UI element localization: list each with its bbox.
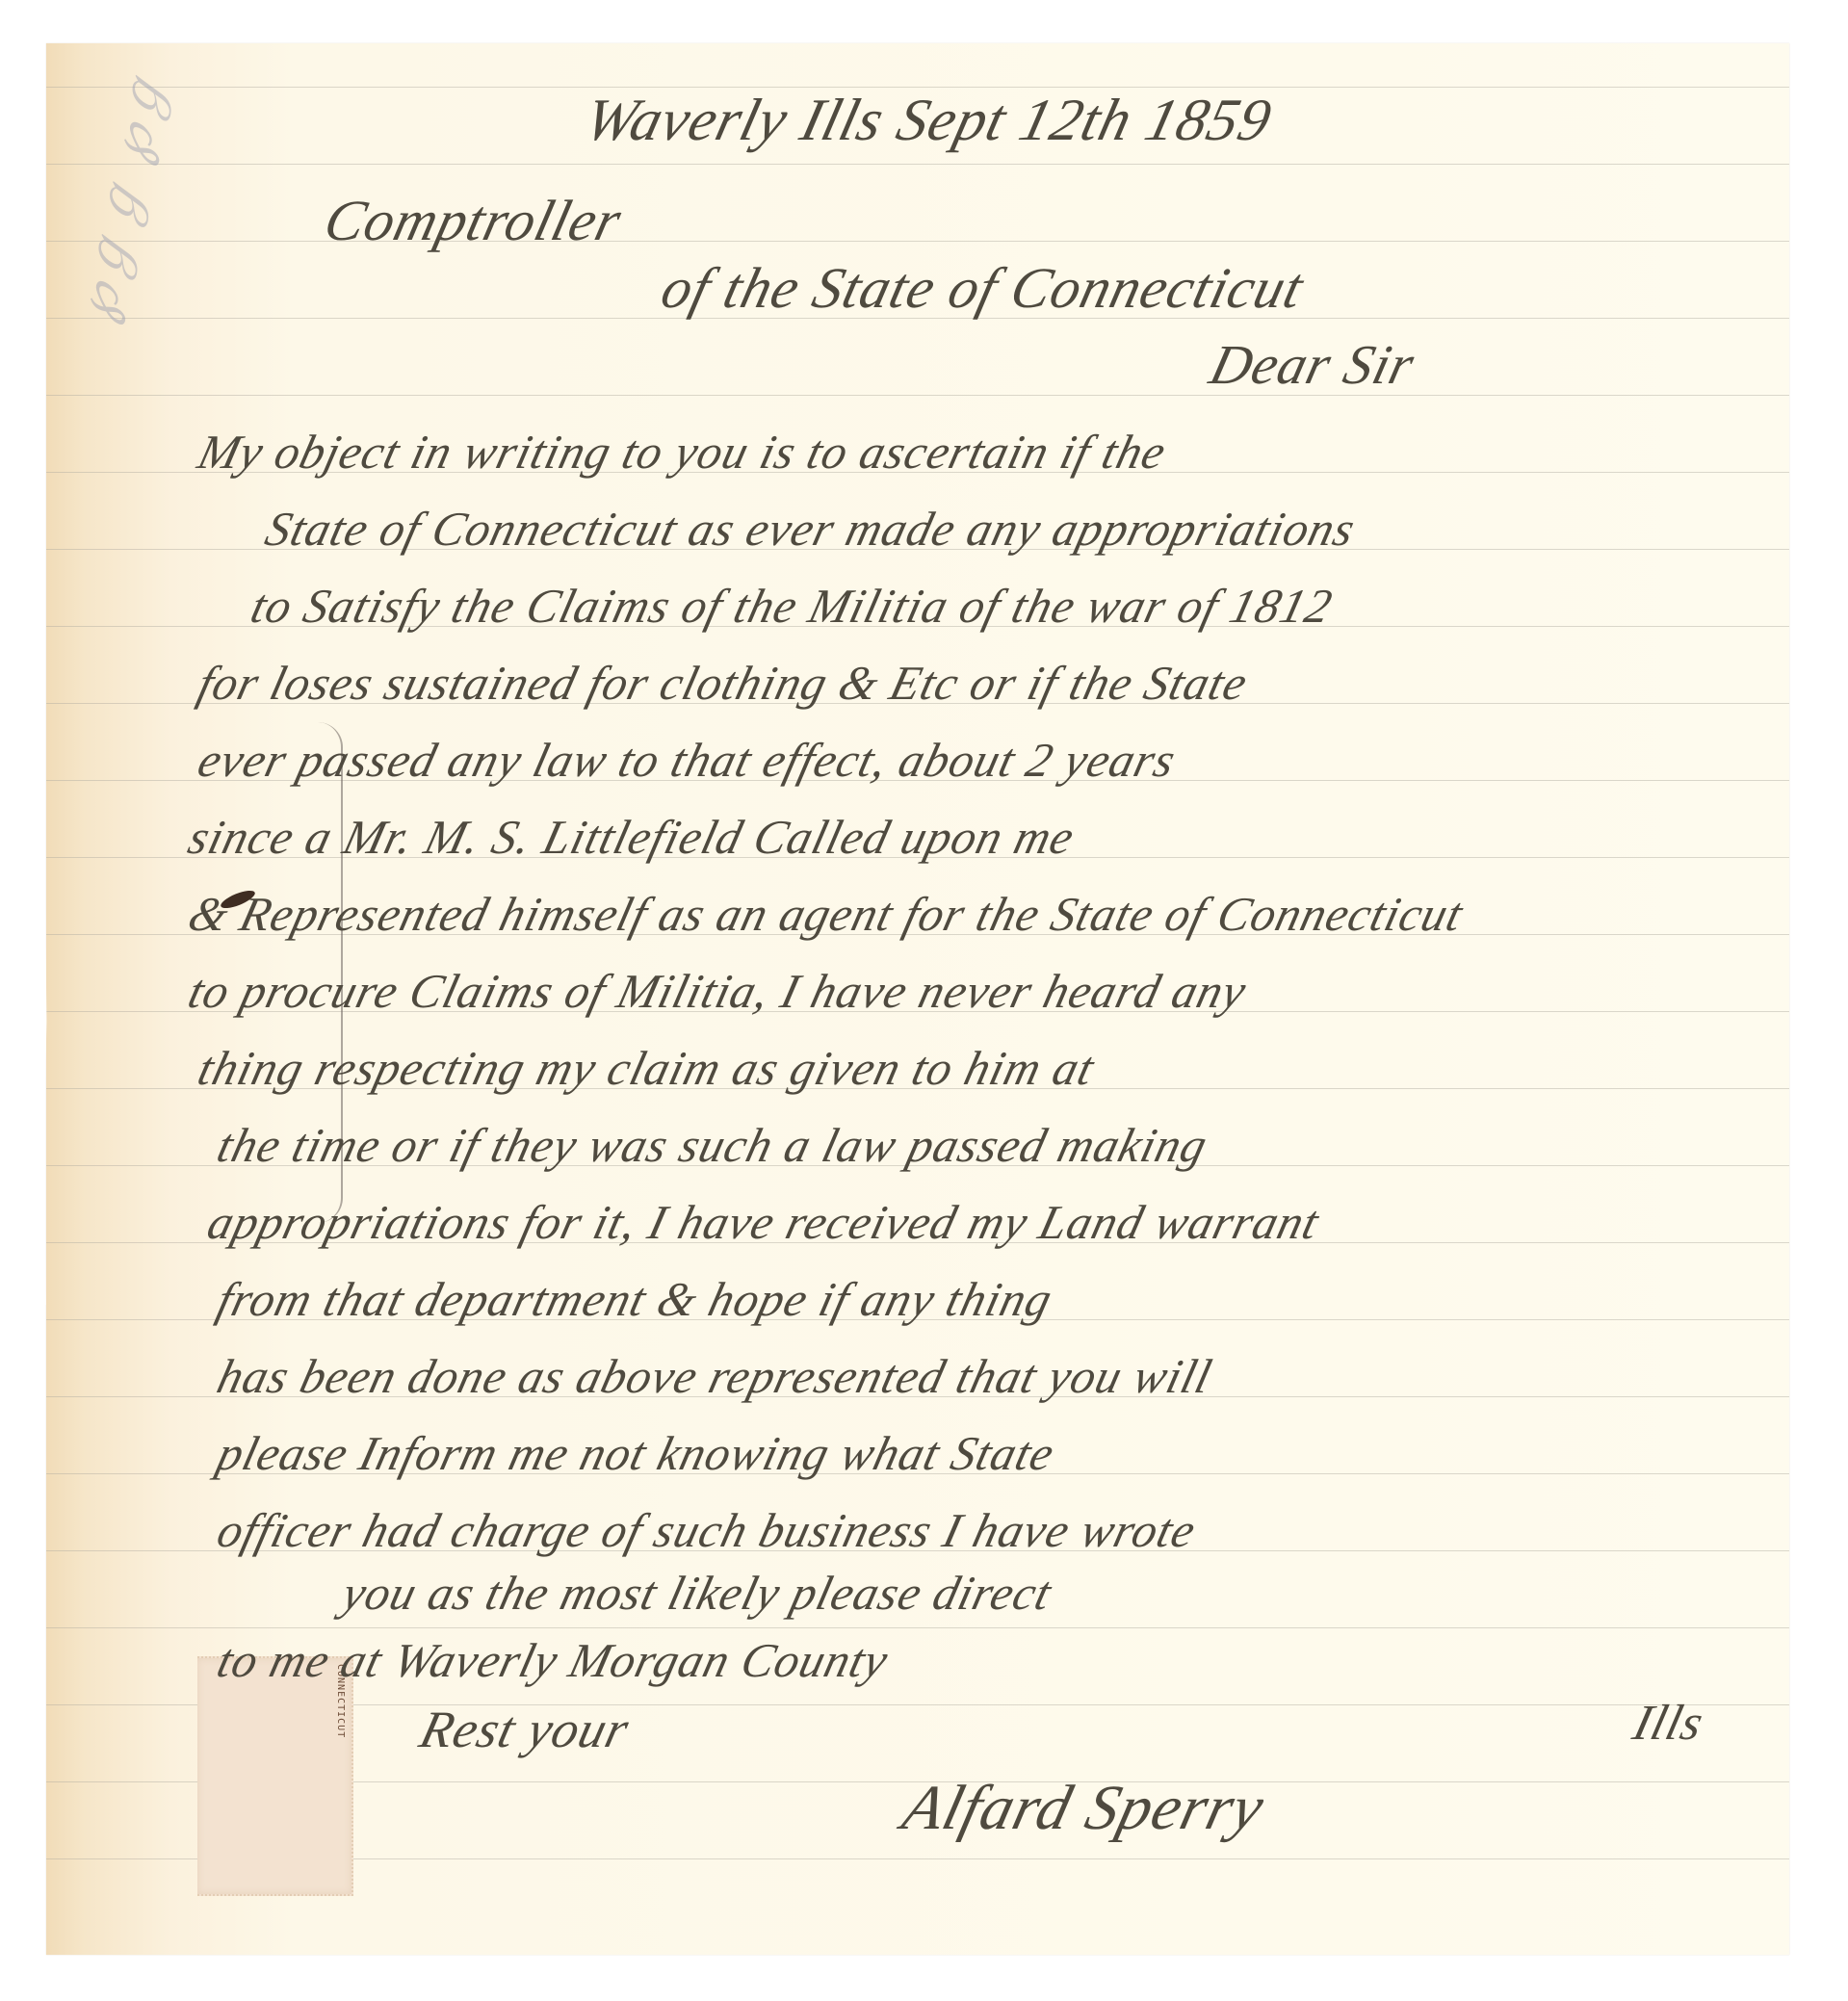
body-line: thing respecting my claim as given to hi… (193, 1040, 1101, 1096)
body-line: State of Connecticut as ever made any ap… (260, 501, 1362, 557)
body-line: appropriations for it, I have received m… (202, 1194, 1325, 1250)
body-line: ever passed any law to that effect, abou… (193, 732, 1182, 788)
body-line: the time or if they was such a law passe… (212, 1117, 1213, 1173)
salutation: Dear Sir (1204, 332, 1421, 397)
ruled-line (46, 395, 1789, 396)
body-line: has been done as above represented that … (212, 1348, 1218, 1404)
body-line: to procure Claims of Militia, I have nev… (183, 963, 1253, 1019)
body-line: & Represented himself as an agent for th… (183, 886, 1470, 942)
ruled-line (46, 241, 1789, 242)
ruled-line (46, 164, 1789, 165)
closing: Rest your (414, 1700, 636, 1759)
signature: Alfard Sperry (896, 1772, 1272, 1845)
body-line: from that department & hope if any thing (212, 1271, 1058, 1327)
addressee-line-1: Comptroller (318, 188, 629, 254)
dateline: Waverly Ills Sept 12th 1859 (578, 87, 1279, 155)
addressee-line-2: of the State of Connecticut (655, 255, 1311, 322)
body-line: officer had charge of such business I ha… (212, 1502, 1202, 1558)
body-line: for loses sustained for clothing & Etc o… (193, 655, 1254, 711)
body-line: My object in writing to you is to ascert… (193, 424, 1172, 480)
stamp-remnant: CONNECTICUT (197, 1656, 353, 1896)
body-line: please Inform me not knowing what State (212, 1425, 1060, 1481)
body-line: since a Mr. M. S. Littlefield Called upo… (183, 809, 1080, 865)
body-line: to me at Waverly Morgan County (212, 1632, 895, 1688)
body-line: you as the most likely please direct (337, 1565, 1057, 1621)
ruled-line (46, 1627, 1789, 1628)
body-line: to Satisfy the Claims of the Militia of … (246, 578, 1339, 634)
state-abbrev: Ills (1627, 1695, 1709, 1752)
